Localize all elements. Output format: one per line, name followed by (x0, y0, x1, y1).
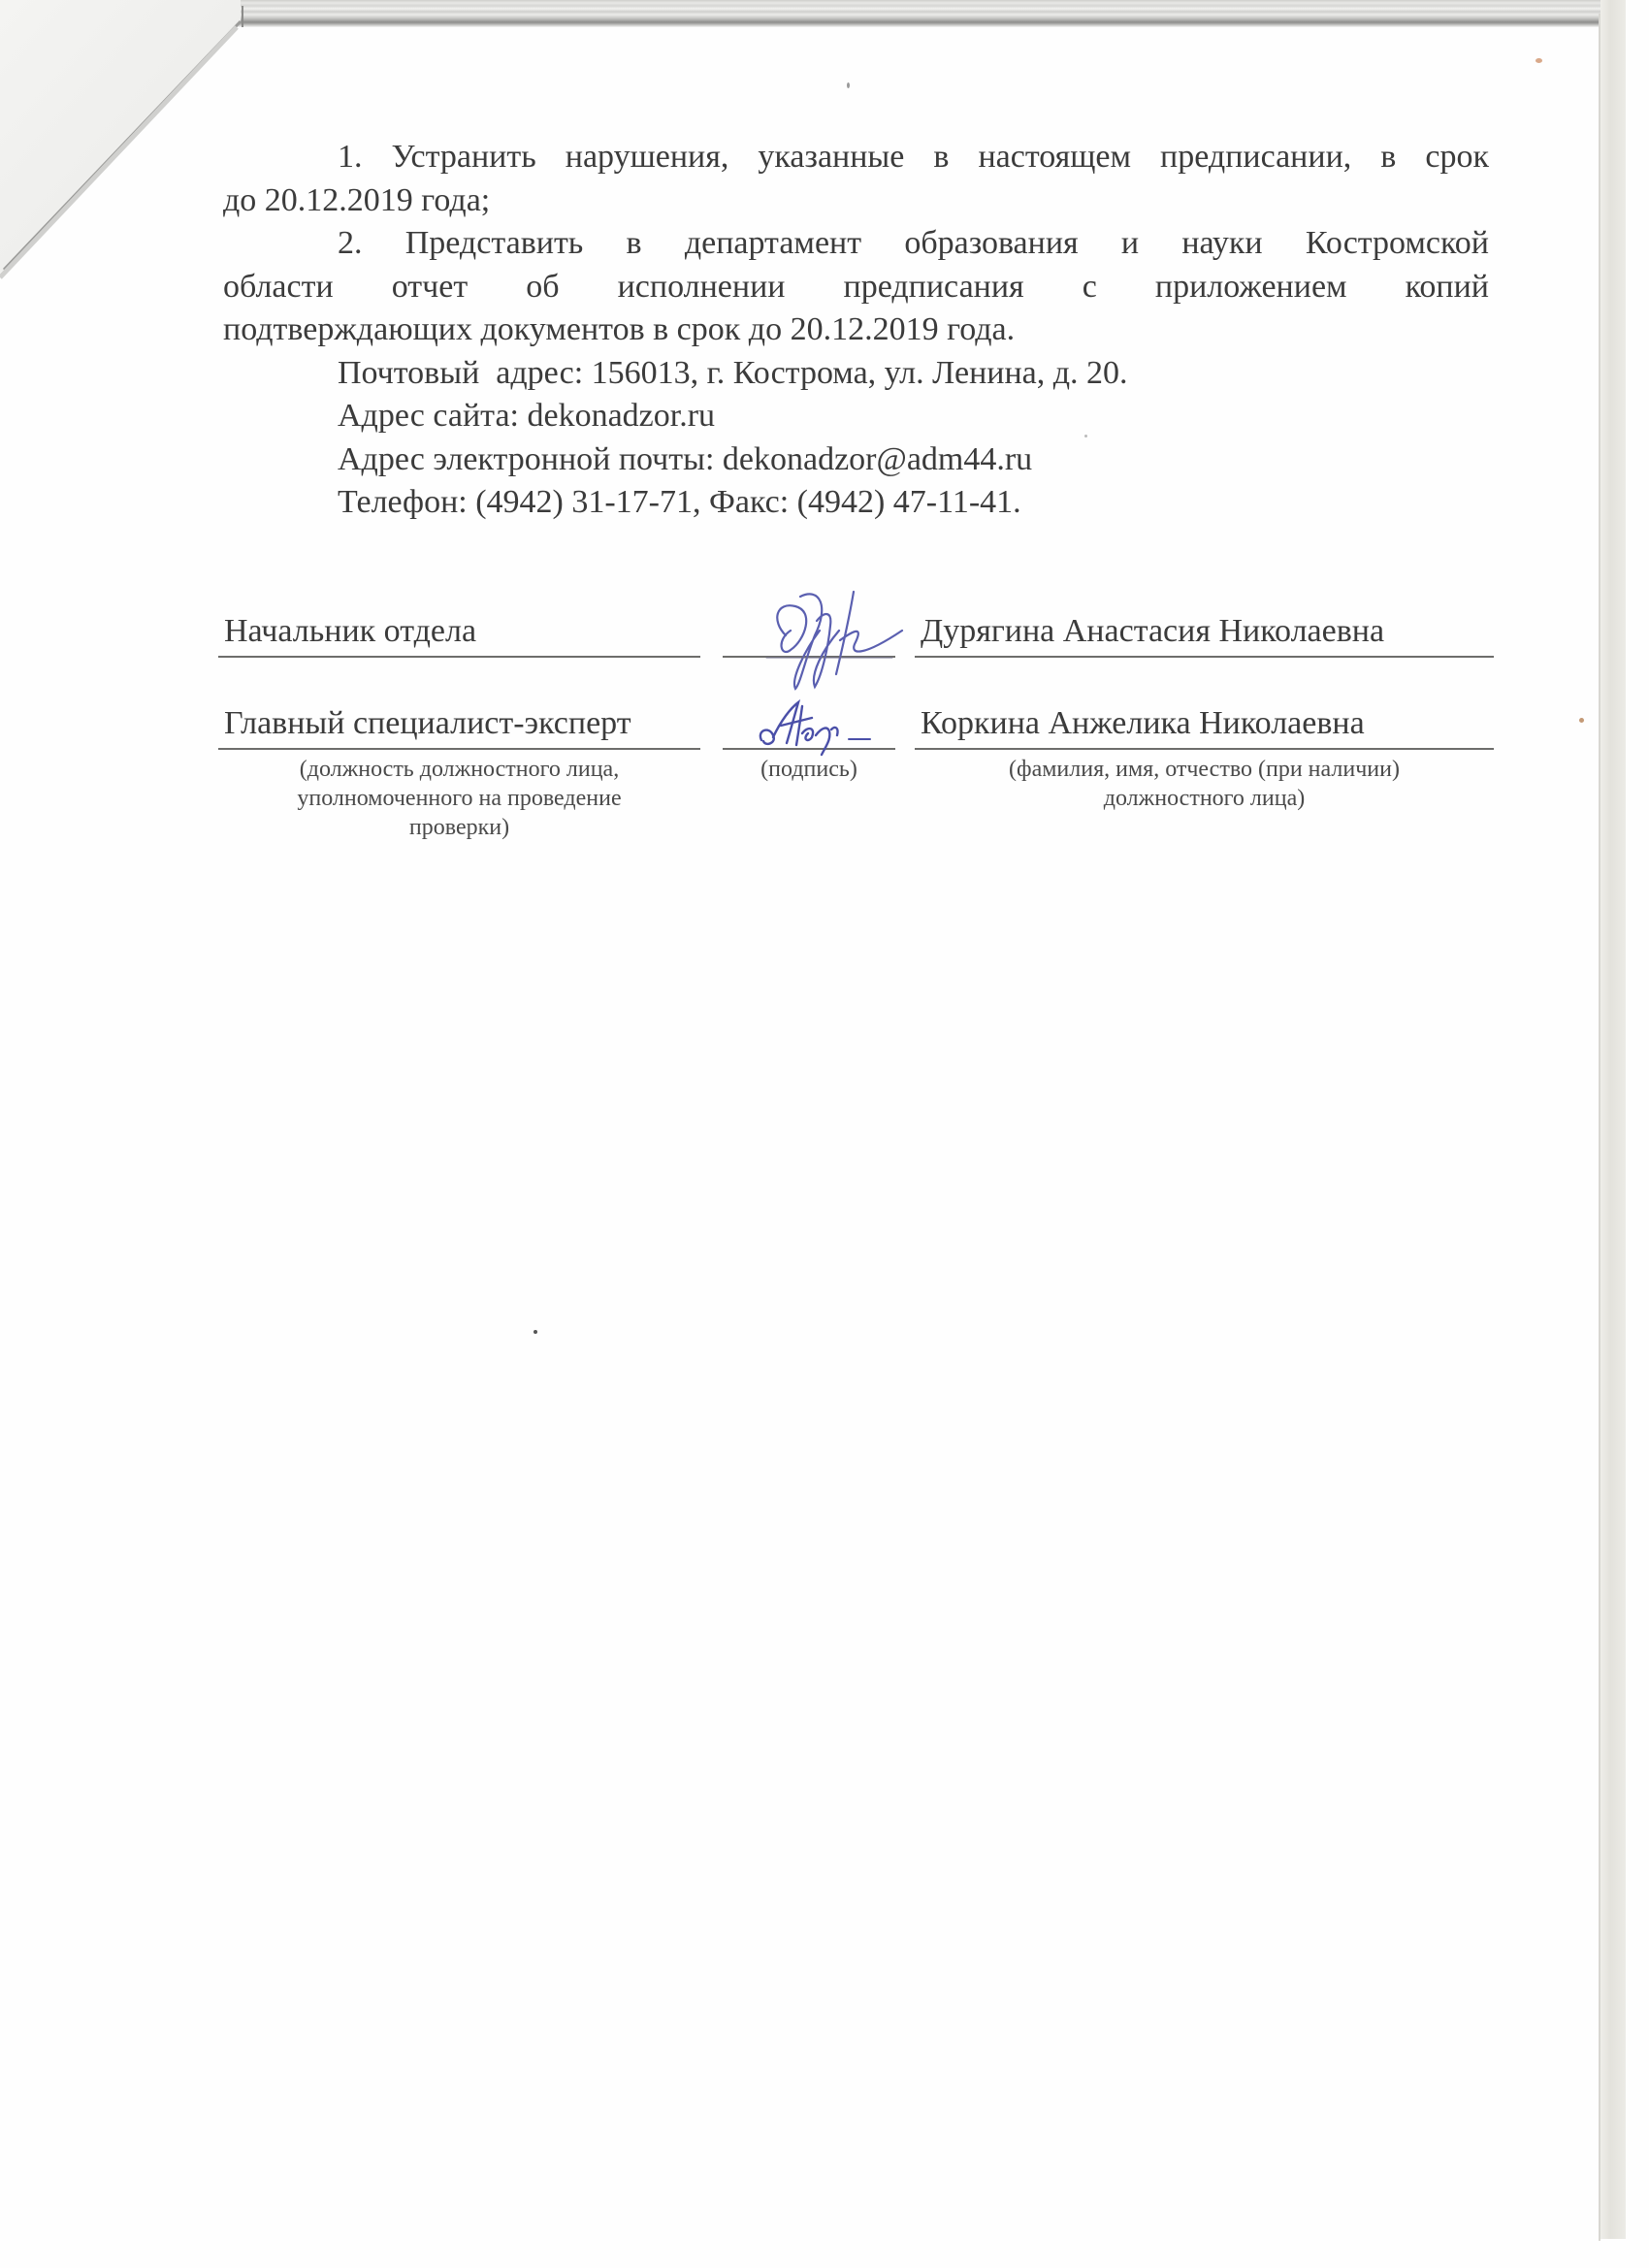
position-label: Главный специалист-эксперт (224, 707, 631, 740)
full-name: Коркина Анжелика Николаевна (921, 707, 1365, 740)
signature-row-chief-specialist: Главный специалист-эксперт Коркина Анжел… (218, 692, 1494, 750)
item-2-line-1: 2. Представить в департамент образования… (223, 222, 1489, 266)
position-label: Начальник отдела (224, 615, 476, 648)
caption-position-line-1: (должность должностного лица, (218, 755, 700, 784)
signature-field (723, 598, 895, 658)
email: Адрес электронной почты: dekonadzor@adm4… (223, 438, 1489, 482)
signature-row-head-of-department: Начальник отдела Дурягина Анастасия Нико… (218, 599, 1494, 658)
caption-name-line-1: (фамилия, имя, отчество (при наличии) (915, 755, 1494, 784)
name-field: Коркина Анжелика Николаевна (915, 690, 1494, 750)
item-1-line-2: до 20.12.2019 года; (223, 179, 1489, 223)
scan-speck (1579, 718, 1584, 723)
caption-name-line-2: должностного лица) (915, 784, 1494, 813)
name-field: Дурягина Анастасия Николаевна (915, 598, 1494, 658)
caption-position-line-2: уполномоченного на проведение (218, 784, 700, 813)
folded-corner (0, 0, 252, 291)
item-1-line-1: 1. Устранить нарушения, указанные в наст… (223, 136, 1489, 179)
postal-address: Почтовый адрес: 156013, г. Кострома, ул.… (223, 352, 1489, 396)
item-2-line-2: области отчет об исполнении предписания … (223, 266, 1489, 309)
caption-name: (фамилия, имя, отчество (при наличии) до… (915, 755, 1494, 813)
caption-position: (должность должностного лица, уполномоче… (218, 755, 700, 842)
scan-speck (1536, 58, 1542, 63)
scanner-margin-strip (1600, 0, 1626, 2239)
document-body: 1. Устранить нарушения, указанные в наст… (223, 136, 1489, 525)
phone-fax: Телефон: (4942) 31-17-71, Факс: (4942) 4… (223, 481, 1489, 525)
position-field: Главный специалист-эксперт (218, 690, 700, 750)
scan-speck (533, 1330, 537, 1334)
website: Адрес сайта: dekonadzor.ru (223, 395, 1489, 438)
full-name: Дурягина Анастасия Николаевна (921, 615, 1384, 648)
signature-field (723, 690, 895, 750)
scan-speck (847, 82, 850, 88)
page-stack-edge (233, 0, 1600, 27)
position-field: Начальник отдела (218, 598, 700, 658)
caption-signature: (подпись) (723, 755, 895, 784)
item-2-line-3: подтверждающих документов в срок до 20.1… (223, 308, 1489, 352)
caption-position-line-3: проверки) (218, 813, 700, 842)
